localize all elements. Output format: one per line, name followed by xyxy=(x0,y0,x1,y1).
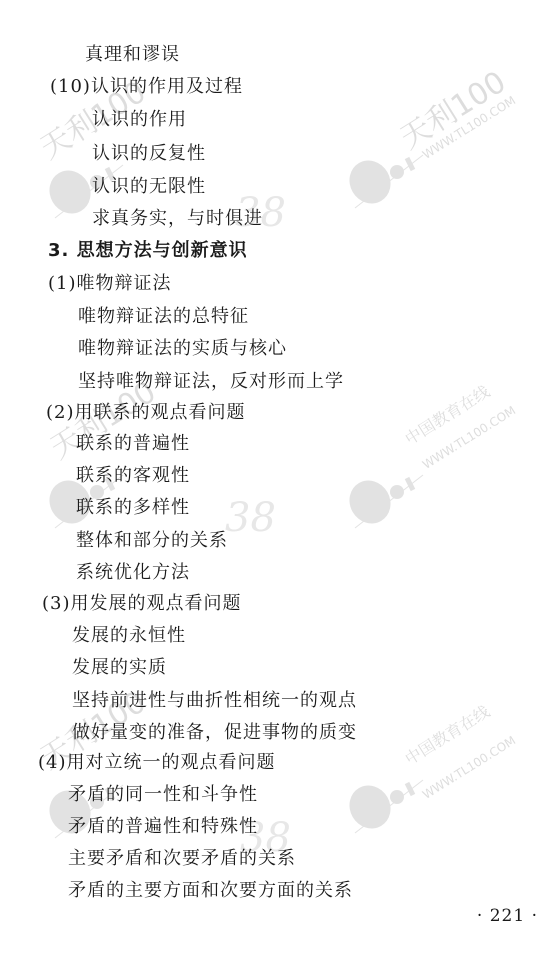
document-page: 天利100 天利100 WWW.TL100.COM 天利100 中国教育在线 W… xyxy=(0,0,550,959)
text-line: 唯物辩证法的实质与核心 xyxy=(78,338,287,360)
watermark-site-text: 中国教育在线 xyxy=(400,699,494,769)
eol-logo-icon xyxy=(345,150,425,210)
text-line: 联系的客观性 xyxy=(76,465,190,487)
text-line: 矛盾的主要方面和次要方面的关系 xyxy=(68,880,353,902)
text-line: 认识的作用 xyxy=(92,109,187,131)
text-line: 做好量变的准备，促进事物的质变 xyxy=(72,722,357,744)
section-heading: (4)用对立统一的观点看问题 xyxy=(38,752,276,774)
text-line: 真理和谬误 xyxy=(85,44,180,66)
section-heading: (1)唯物辩证法 xyxy=(48,273,172,295)
page-number: · 221 · xyxy=(477,906,538,926)
text-line: 发展的永恒性 xyxy=(72,625,186,647)
watermark-eol-logo xyxy=(345,775,425,835)
text-line: 唯物辩证法的总特征 xyxy=(78,306,249,328)
text-line: 认识的无限性 xyxy=(92,176,206,198)
text-line: 主要矛盾和次要矛盾的关系 xyxy=(68,848,296,870)
watermark-url-text: WWW.TL100.COM xyxy=(420,403,518,472)
text-line: 求真务实，与时俱进 xyxy=(92,208,263,230)
watermark-site-text: 中国教育在线 xyxy=(400,379,494,449)
watermark-badge: 38 xyxy=(225,495,276,541)
section-heading: (2)用联系的观点看问题 xyxy=(46,402,246,424)
chapter-heading: 3. 思想方法与创新意识 xyxy=(48,240,248,262)
text-line: 认识的反复性 xyxy=(92,143,206,165)
eol-logo-icon xyxy=(345,470,425,530)
text-line: 矛盾的普遍性和特殊性 xyxy=(68,816,258,838)
watermark-eol-logo xyxy=(345,150,425,210)
watermark-url-text: WWW.TL100.COM xyxy=(420,93,518,162)
text-line: 联系的多样性 xyxy=(76,497,190,519)
section-heading: (10)认识的作用及过程 xyxy=(50,76,243,98)
text-line: 系统优化方法 xyxy=(76,562,190,584)
text-line: 矛盾的同一性和斗争性 xyxy=(68,784,258,806)
eol-logo-icon xyxy=(345,775,425,835)
watermark-eol-logo xyxy=(345,470,425,530)
text-line: 坚持唯物辩证法，反对形而上学 xyxy=(78,371,344,393)
text-line: 整体和部分的关系 xyxy=(76,530,228,552)
text-line: 联系的普遍性 xyxy=(76,433,190,455)
watermark-brand-text: 天利100 xyxy=(390,58,513,157)
section-heading: (3)用发展的观点看问题 xyxy=(42,593,242,615)
text-line: 坚持前进性与曲折性相统一的观点 xyxy=(72,690,357,712)
text-line: 发展的实质 xyxy=(72,657,167,679)
watermark-url-text: WWW.TL100.COM xyxy=(420,733,518,802)
